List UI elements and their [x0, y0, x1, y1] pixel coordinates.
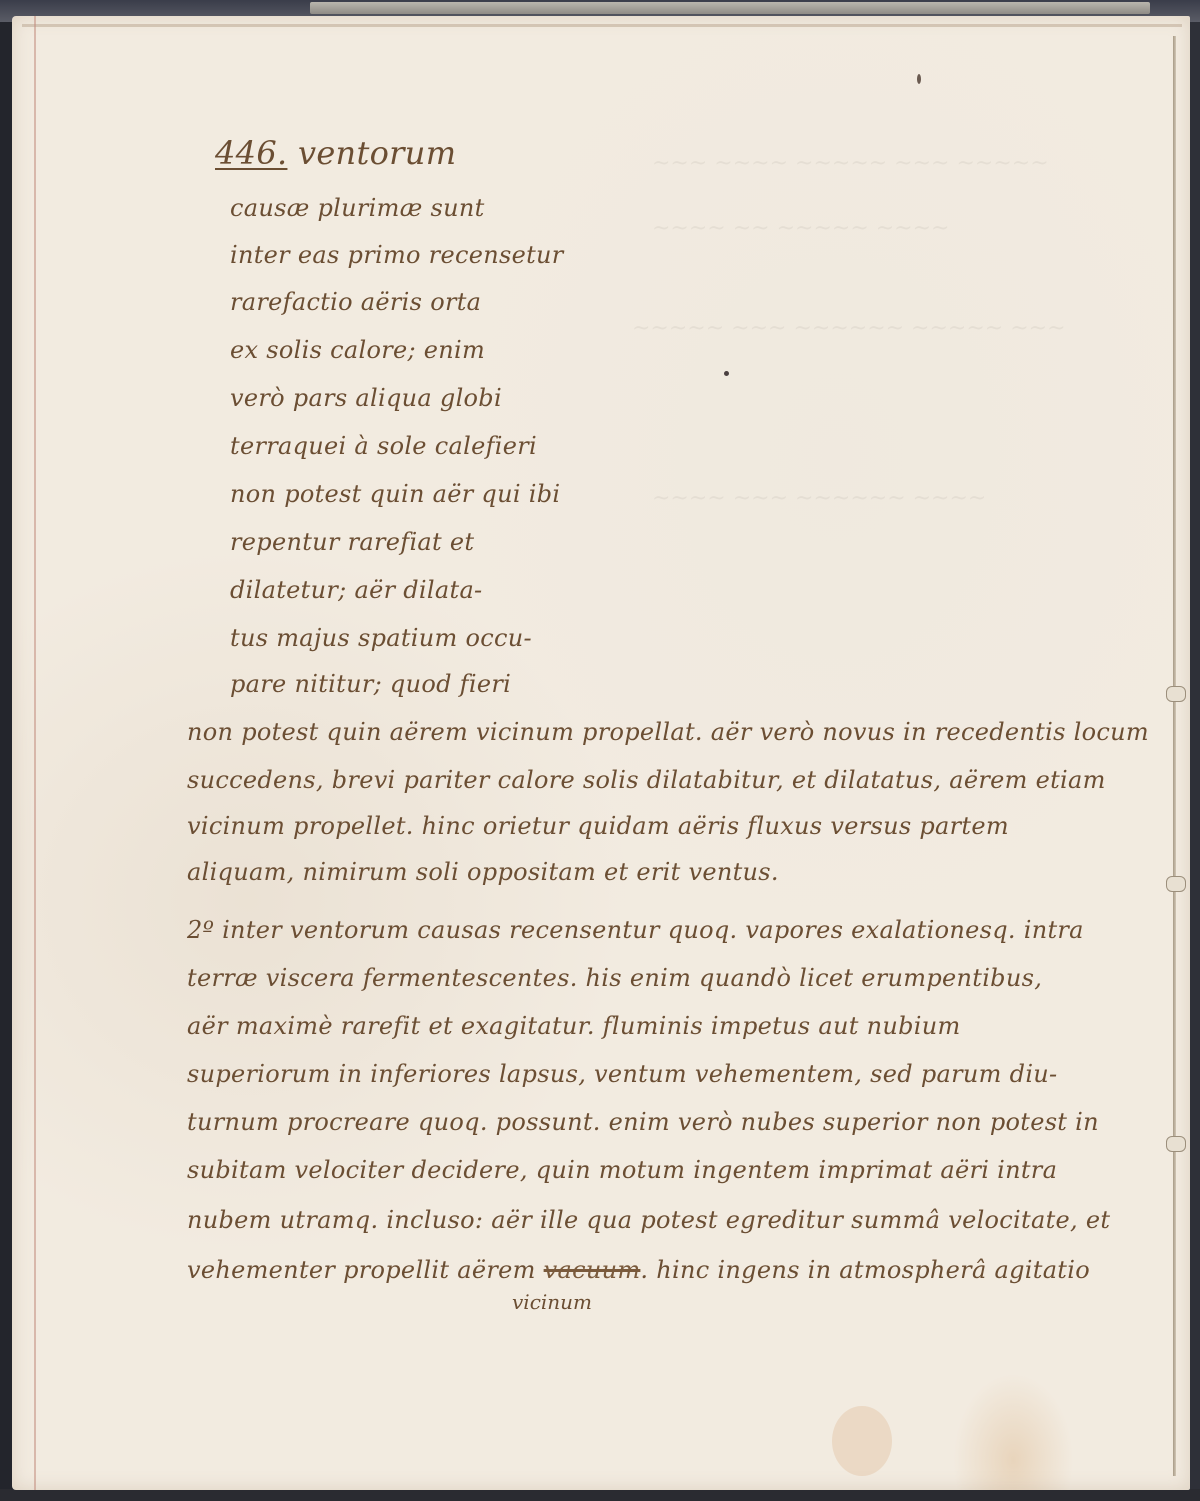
text-line: pare nititur; quod fieri — [230, 670, 511, 698]
binding-strip — [310, 2, 1150, 14]
text-line: nubem utramq. incluso: aër ille qua pote… — [187, 1206, 1110, 1234]
text-line: 2º inter ventorum causas recensentur quo… — [187, 916, 1084, 944]
foxing-stain — [832, 1406, 892, 1476]
page-binding-edge — [1173, 36, 1176, 1476]
struck-out-word: vacuum — [544, 1256, 641, 1284]
text-line: ex solis calore; enim — [230, 336, 485, 364]
bleed-through-text: ~~~~~ ~~~ ~~~~~~ ~~~~~ ~~~ — [632, 316, 1066, 341]
text-line: rarefactio aëris orta — [230, 288, 481, 316]
binding-stitch — [1166, 686, 1186, 702]
text-line: inter eas primo recensetur — [230, 241, 564, 269]
bleed-through-text: ~~~ ~~~~ ~~~~~ ~~~ ~~~~~ — [652, 151, 1049, 176]
text-line: dilatetur; aër dilata- — [230, 576, 482, 604]
text-line: aliquam, nimirum soli oppositam et erit … — [187, 858, 779, 886]
text-line: non potest quin aër qui ibi — [230, 480, 560, 508]
text-line: tus majus spatium occu- — [230, 624, 532, 652]
text-line: verò pars aliqua globi — [230, 384, 502, 412]
text-line: aër maximè rarefit et exagitatur. flumin… — [187, 1012, 961, 1040]
text-line: superiorum in inferiores lapsus, ventum … — [187, 1060, 1057, 1088]
text-line: terraquei à sole calefieri — [230, 432, 537, 460]
text-line: terræ viscera fermentescentes. his enim … — [187, 964, 1042, 992]
text-segment: . hinc ingens in atmospherâ agitatio — [640, 1256, 1090, 1284]
text-line: succedens, brevi pariter calore solis di… — [187, 766, 1106, 794]
interlinear-correction: vicinum — [512, 1290, 592, 1314]
binding-stitch — [1166, 876, 1186, 892]
text-line: vicinum propellet. hinc orietur quidam a… — [187, 812, 1009, 840]
text-line: causæ plurimæ sunt — [230, 194, 485, 222]
manuscript-page: ~~~ ~~~~ ~~~~~ ~~~ ~~~~~ ~~~~ ~~ ~~~~~ ~… — [12, 16, 1190, 1490]
text-line: turnum procreare quoq. possunt. enim ver… — [187, 1108, 1099, 1136]
margin-rule — [34, 16, 36, 1490]
ink-speck — [724, 371, 729, 376]
text-line: repentur rarefiat et — [230, 528, 474, 556]
section-heading-word: ventorum — [298, 134, 456, 172]
section-heading: 446. ventorum — [215, 134, 456, 172]
page-top-edge — [22, 24, 1182, 27]
ink-speck — [917, 74, 921, 84]
section-number: 446. — [215, 134, 287, 172]
text-line: non potest quin aërem vicinum propellat.… — [187, 718, 1149, 746]
text-line-with-correction: vehementer propellit aërem vacuum. hinc … — [187, 1256, 1090, 1284]
bleed-through-text: ~~~~ ~~ ~~~~~ ~~~~ — [652, 216, 949, 241]
bleed-through-text: ~~~~ ~~~ ~~~~~~ ~~~~ — [652, 486, 986, 511]
text-line: subitam velociter decidere, quin motum i… — [187, 1156, 1057, 1184]
binding-stitch — [1166, 1136, 1186, 1152]
scanner-background-bottom — [0, 1489, 1200, 1501]
text-segment: vehementer propellit aërem — [187, 1256, 536, 1284]
